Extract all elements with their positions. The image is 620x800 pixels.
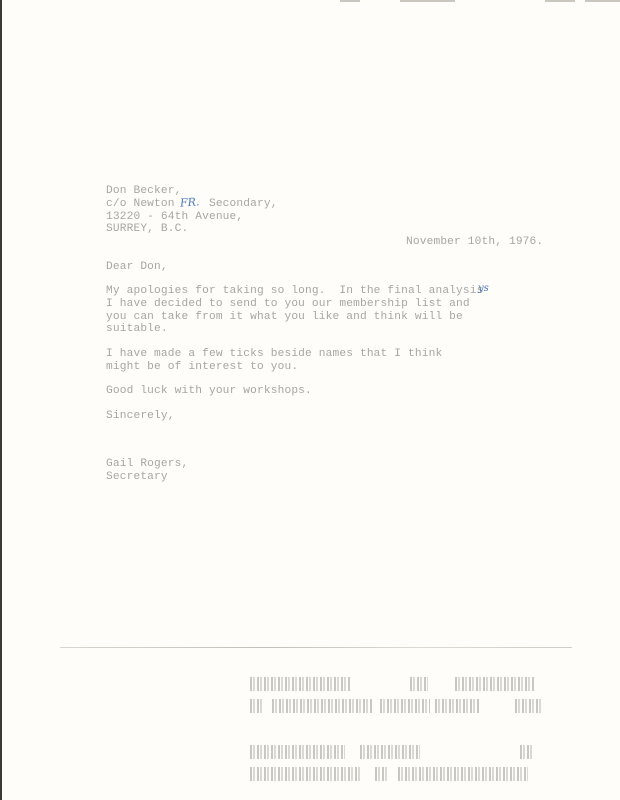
body-paragraph-2: I have made a few ticks beside names tha… (106, 348, 442, 374)
paper-fold-line (60, 647, 572, 648)
address-line: SURREY, B.C. (106, 223, 278, 236)
closing: Sincerely, (106, 410, 175, 423)
signer-name: Gail Rogers, (106, 458, 188, 471)
scan-left-edge (0, 0, 2, 800)
signer-title: Secretary (106, 471, 188, 484)
paragraph-line: might be of interest to you. (106, 361, 442, 374)
handwritten-annotation-fr: FR. (180, 195, 200, 209)
salutation: Dear Don, (106, 261, 168, 274)
body-paragraph-3: Good luck with your workshops. (106, 385, 312, 398)
signature-block: Gail Rogers,Secretary (106, 458, 188, 484)
paragraph-line: you can take from it what you like and t… (106, 311, 484, 324)
body-paragraph-1: My apologies for taking so long. In the … (106, 285, 484, 336)
recipient-address: Don Becker,c/o Newton Secondary,13220 - … (106, 185, 278, 236)
paragraph-line: My apologies for taking so long. In the … (106, 285, 484, 298)
reverse-side-bleed-through (250, 677, 585, 789)
paragraph-line: suitable. (106, 323, 484, 336)
scan-top-marks (330, 0, 620, 3)
handwritten-correction-ys: ys (478, 283, 489, 294)
address-line: 13220 - 64th Avenue, (106, 211, 278, 224)
letter-date: November 10th, 1976. (406, 236, 543, 249)
paragraph-line: I have made a few ticks beside names tha… (106, 348, 442, 361)
paragraph-line: I have decided to send to you our member… (106, 298, 484, 311)
